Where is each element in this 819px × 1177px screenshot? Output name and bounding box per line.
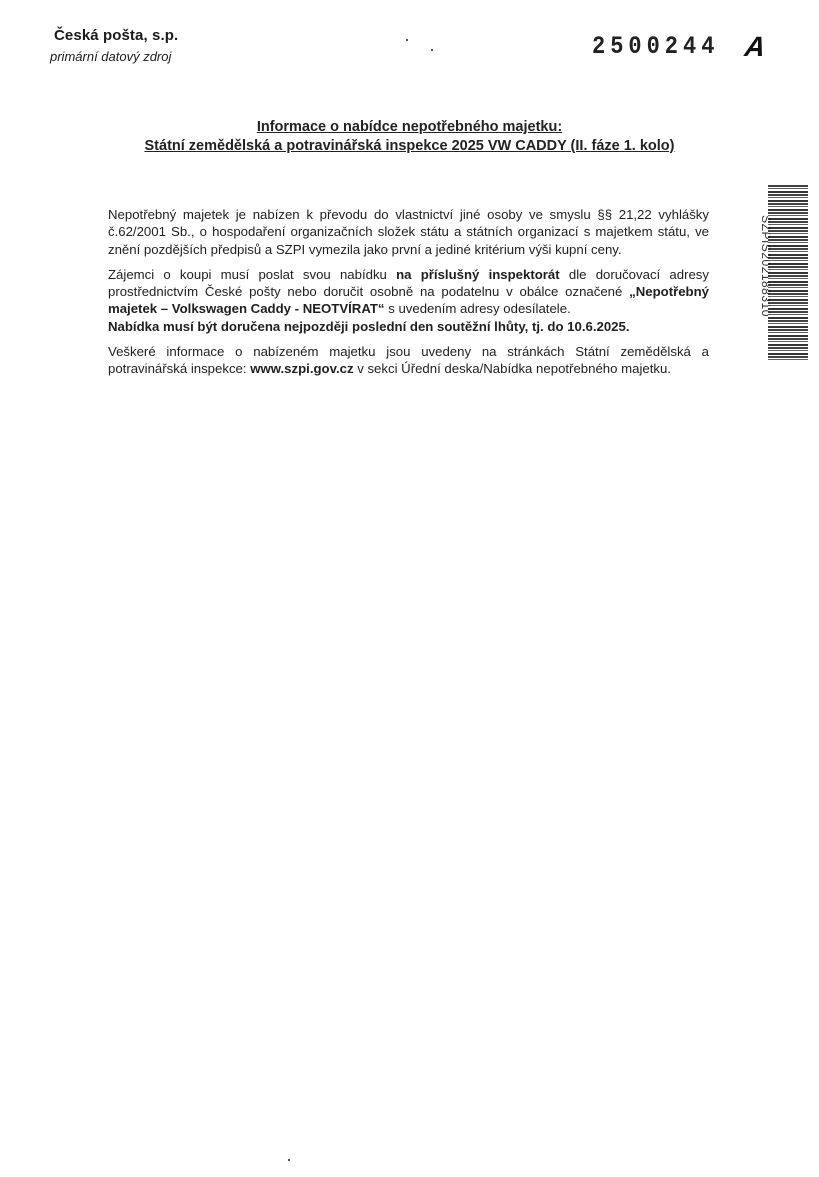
reference-mark: A bbox=[743, 31, 768, 63]
sender-block: Česká pošta, s.p. primární datový zdroj bbox=[54, 27, 178, 64]
title-line-2: Státní zemědělská a potravinářská inspek… bbox=[0, 137, 819, 156]
scan-speck bbox=[431, 49, 433, 51]
barcode-icon bbox=[768, 185, 808, 361]
registry-stamp: SZPIS202188310 bbox=[738, 183, 810, 363]
scan-speck bbox=[406, 39, 408, 41]
deadline-notice: Nabídka musí být doručena nejpozději pos… bbox=[108, 319, 630, 334]
paragraph-more-info: Veškeré informace o nabízeném majetku js… bbox=[108, 343, 709, 378]
document-title: Informace o nabídce nepotřebného majetku… bbox=[0, 118, 819, 156]
reference-number: 2500244 bbox=[592, 32, 719, 61]
paragraph-submission: Zájemci o koupi musí poslat svou nabídku… bbox=[108, 266, 709, 335]
title-line-1: Informace o nabídce nepotřebného majetku… bbox=[0, 118, 819, 137]
scan-speck bbox=[288, 1159, 290, 1161]
website-link[interactable]: www.szpi.gov.cz bbox=[250, 361, 353, 376]
sender-subtitle: primární datový zdroj bbox=[50, 49, 178, 64]
inspectorate-emphasis: na příslušný inspektorát bbox=[396, 267, 560, 282]
paragraph-legal-basis: Nepotřebný majetek je nabízen k převodu … bbox=[108, 206, 709, 258]
document-body: Nepotřebný majetek je nabízen k převodu … bbox=[108, 206, 709, 386]
sender-name: Česká pošta, s.p. bbox=[54, 27, 178, 44]
